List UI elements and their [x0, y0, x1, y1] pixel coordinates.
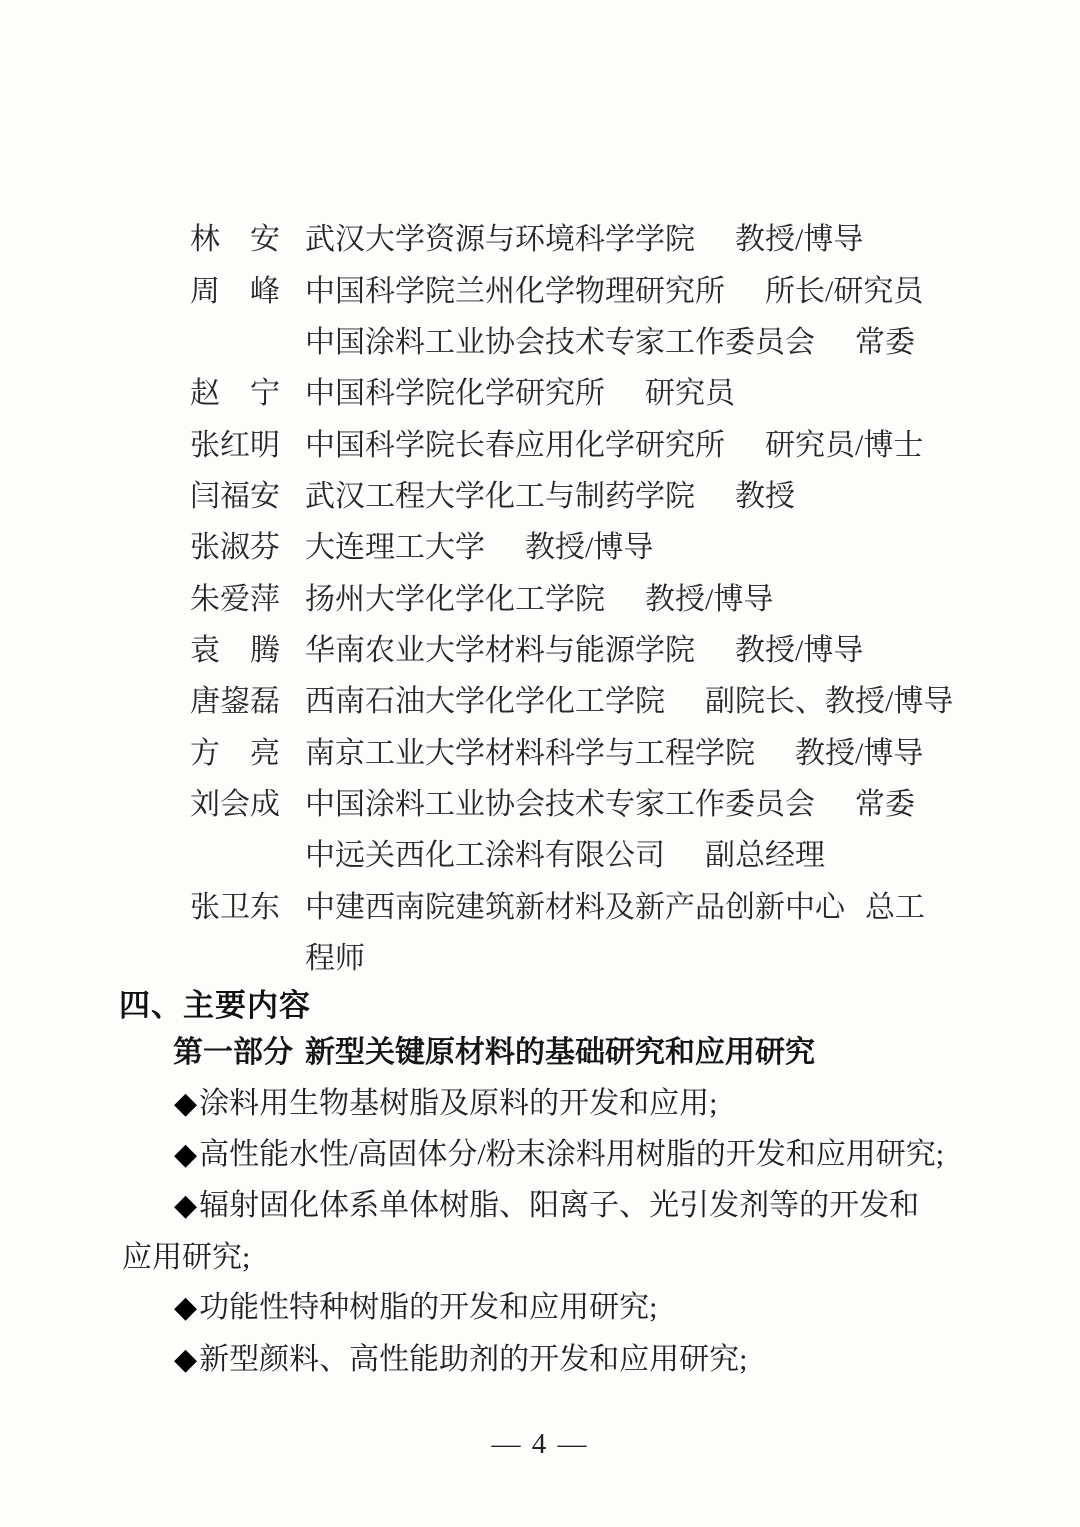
expert-name: 周 峰	[190, 270, 280, 314]
expert-org: 华南农业大学材料与能源学院	[305, 634, 695, 667]
expert-org: 南京工业大学材料科学与工程学院	[305, 737, 755, 770]
expert-title: 总工	[865, 891, 925, 924]
bullet-item: ◆涂料用生物基树脂及原料的开发和应用;	[0, 1082, 1080, 1126]
expert-row: 闫福安 武汉工程大学化工与制药学院教授	[0, 475, 1080, 519]
expert-title: 教授/博导	[735, 223, 863, 256]
diamond-bullet-icon: ◆	[174, 1291, 197, 1324]
expert-title: 副院长、教授/博导	[705, 685, 953, 718]
page-number: — 4 —	[0, 1424, 1080, 1464]
expert-title: 所长/研究员	[765, 275, 923, 308]
expert-title: 常委	[855, 326, 915, 359]
expert-name: 唐鋆磊	[190, 680, 280, 724]
expert-title: 研究员	[645, 377, 735, 410]
bullet-text: 涂料用生物基树脂及原料的开发和应用;	[199, 1087, 717, 1120]
expert-org: 中国科学院兰州化学物理研究所	[305, 275, 725, 308]
expert-name: 袁 腾	[190, 629, 280, 673]
expert-org: 中国涂料工业协会技术专家工作委员会	[305, 326, 815, 359]
expert-org: 中建西南院建筑新材料及新产品创新中心	[305, 891, 845, 924]
expert-org: 中远关西化工涂料有限公司	[305, 839, 665, 872]
expert-row: 朱爱萍 扬州大学化学化工学院教授/博导	[0, 578, 1080, 622]
expert-org: 大连理工大学	[305, 531, 485, 564]
expert-org: 武汉工程大学化工与制药学院	[305, 480, 695, 513]
expert-title: 教授/博导	[525, 531, 653, 564]
bullet-item: ◆辐射固化体系单体树脂、阳离子、光引发剂等的开发和	[0, 1184, 1080, 1228]
diamond-bullet-icon: ◆	[174, 1189, 197, 1222]
expert-row: 张红明 中国科学院长春应用化学研究所研究员/博士	[0, 424, 1080, 468]
expert-row: 方 亮 南京工业大学材料科学与工程学院教授/博导	[0, 732, 1080, 776]
expert-name: 张红明	[190, 424, 280, 468]
diamond-bullet-icon: ◆	[174, 1343, 197, 1376]
expert-org: 中国科学院长春应用化学研究所	[305, 429, 725, 462]
expert-row: 袁 腾 华南农业大学材料与能源学院教授/博导	[0, 629, 1080, 673]
document-page: 林 安 武汉大学资源与环境科学学院教授/博导 周 峰 中国科学院兰州化学物理研究…	[0, 0, 1080, 1527]
bullet-item: ◆高性能水性/高固体分/粉末涂料用树脂的开发和应用研究;	[0, 1133, 1080, 1177]
bullet-item: ◆新型颜料、高性能助剂的开发和应用研究;	[0, 1338, 1080, 1382]
expert-org: 武汉大学资源与环境科学学院	[305, 223, 695, 256]
expert-name: 刘会成	[190, 783, 280, 827]
part-label: 第一部分	[173, 1031, 293, 1075]
expert-org: 扬州大学化学化工学院	[305, 583, 605, 616]
expert-title: 研究员/博士	[765, 429, 923, 462]
expert-org: 中国科学院化学研究所	[305, 377, 605, 410]
diamond-bullet-icon: ◆	[174, 1138, 197, 1171]
expert-name: 朱爱萍	[190, 578, 280, 622]
expert-row: 张淑芬 大连理工大学教授/博导	[0, 526, 1080, 570]
diamond-bullet-icon: ◆	[174, 1087, 197, 1120]
section-heading: 四、主要内容	[119, 984, 1080, 1028]
expert-title: 教授	[735, 480, 795, 513]
expert-title: 常委	[855, 788, 915, 821]
expert-name: 林 安	[190, 218, 280, 262]
expert-row: 刘会成 中国涂料工业协会技术专家工作委员会常委	[0, 783, 1080, 827]
expert-row: 赵 宁 中国科学院化学研究所研究员	[0, 372, 1080, 416]
expert-row-continuation: 中国涂料工业协会技术专家工作委员会常委	[0, 321, 1080, 365]
bullet-item-continuation: 应用研究;	[0, 1236, 1080, 1280]
bullet-text: 新型颜料、高性能助剂的开发和应用研究;	[199, 1343, 747, 1376]
expert-row: 张卫东 中建西南院建筑新材料及新产品创新中心总工	[0, 886, 1080, 930]
expert-row-continuation: 中远关西化工涂料有限公司副总经理	[0, 834, 1080, 878]
bullet-text-continuation: 应用研究;	[122, 1236, 250, 1280]
expert-name: 赵 宁	[190, 372, 280, 416]
expert-row: 周 峰 中国科学院兰州化学物理研究所所长/研究员	[0, 270, 1080, 314]
expert-title: 教授/博导	[645, 583, 773, 616]
expert-title: 教授/博导	[795, 737, 923, 770]
part-heading: 第一部分 新型关键原材料的基础研究和应用研究	[0, 1031, 1080, 1075]
expert-name: 张淑芬	[190, 526, 280, 570]
expert-name: 闫福安	[190, 475, 280, 519]
part-title: 新型关键原材料的基础研究和应用研究	[305, 1031, 815, 1075]
bullet-item: ◆功能性特种树脂的开发和应用研究;	[0, 1286, 1080, 1330]
bullet-text: 功能性特种树脂的开发和应用研究;	[199, 1291, 657, 1324]
bullet-text: 辐射固化体系单体树脂、阳离子、光引发剂等的开发和	[199, 1189, 919, 1222]
expert-title: 教授/博导	[735, 634, 863, 667]
expert-name: 张卫东	[190, 886, 280, 930]
expert-name: 方 亮	[190, 732, 280, 776]
expert-title-wrap: 程师	[305, 942, 365, 975]
expert-title: 副总经理	[705, 839, 825, 872]
expert-org: 中国涂料工业协会技术专家工作委员会	[305, 788, 815, 821]
expert-row-continuation: 程师	[0, 937, 1080, 981]
expert-org: 西南石油大学化学化工学院	[305, 685, 665, 718]
expert-row: 唐鋆磊 西南石油大学化学化工学院副院长、教授/博导	[0, 680, 1080, 724]
bullet-text: 高性能水性/高固体分/粉末涂料用树脂的开发和应用研究;	[199, 1138, 944, 1171]
expert-row: 林 安 武汉大学资源与环境科学学院教授/博导	[0, 218, 1080, 262]
